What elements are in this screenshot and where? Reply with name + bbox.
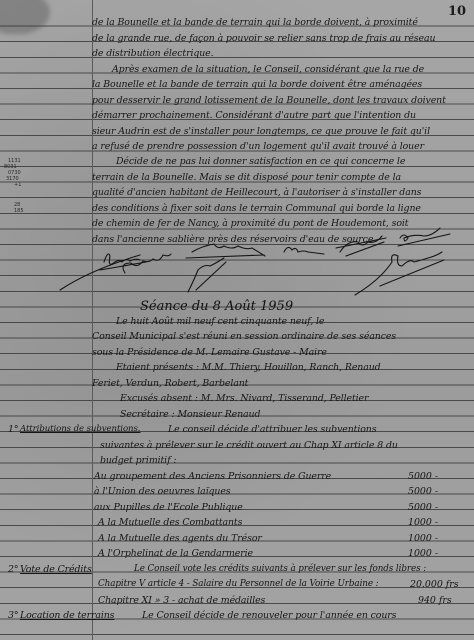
subsidy-recipient: A la Mutuelle des Combattants (98, 517, 242, 528)
text-line: Le conseil décide d'attribuer les subven… (168, 424, 376, 435)
item-number: 3° (8, 610, 18, 621)
subsidy-amount: 1000 - (408, 533, 438, 544)
text-line: suivantes à prélever sur le crédit ouver… (100, 440, 398, 451)
subsidy-recipient: A l'Orphelinat de la Gendarmerie (98, 548, 253, 559)
attendees-absent: Excusés absent : M. Mrs. Nivard, Tissera… (120, 393, 368, 404)
item-title: Vote de Crédits (20, 564, 92, 575)
attendees-present: Etaient présents : M.M. Thiery, Houillon… (116, 362, 381, 373)
subsidy-amount: 1000 - (408, 548, 438, 559)
text-line: Le Conseil vote les crédits suivants à p… (134, 564, 426, 574)
subsidy-amount: 5000 - (408, 471, 438, 482)
item-title: Location de terrains (20, 610, 114, 621)
item-number: 2° (8, 564, 18, 575)
subsidy-recipient: Au groupement des Anciens Prisonniers de… (94, 471, 331, 482)
secretary: Secrétaire : Monsieur Renaud (120, 409, 260, 420)
subsidy-recipient: A la Mutuelle des agents du Trésor (98, 533, 262, 544)
subsidy-amount: 1000 - (408, 517, 438, 528)
text-line: sous la Présidence de M. Lemaire Gustave… (92, 347, 327, 358)
text-line: Conseil Municipal s'est réuni en session… (92, 331, 396, 342)
subsidy-amount: 5000 - (408, 486, 438, 497)
ledger-page: 10 de la Bounelle et la bande de terrain… (0, 0, 474, 640)
subsidy-recipient: à l'Union des oeuvres laïques (94, 486, 231, 497)
credit-amount: 940 frs (418, 595, 452, 606)
item-number: 1° (8, 424, 18, 435)
session-title: Séance du 8 Août 1959 (140, 299, 293, 314)
credit-label: Chapitre XI » 3 - achat de médailles (98, 595, 265, 606)
text-line: budget primitif : (100, 455, 176, 466)
subsidy-amount: 5000 - (408, 502, 438, 513)
credit-label: Chapitre V article 4 - Salaire du Person… (98, 579, 379, 589)
subsidy-recipient: aux Pupilles de l'Ecole Publique (94, 502, 243, 513)
text-line: Le Conseil décide de renouveler pour l'a… (142, 610, 396, 621)
item-title: Attributions de subventions. (20, 424, 140, 434)
credit-amount: 20.000 frs (410, 579, 459, 590)
text-line: Le huit Août mil neuf cent cinquante neu… (116, 316, 324, 327)
attendees-present: Feriet, Verdun, Robert, Barbelant (92, 378, 248, 389)
